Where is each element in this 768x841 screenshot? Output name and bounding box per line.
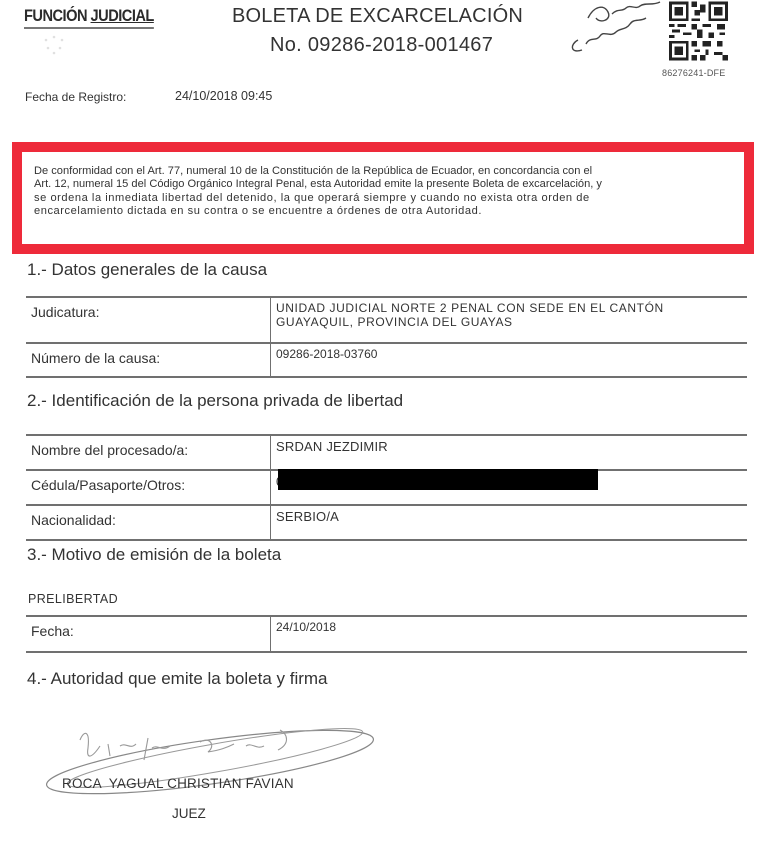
- judge-signature: [40, 700, 380, 810]
- section-3-title: 3.- Motivo de emisión de la boleta: [27, 545, 281, 565]
- emblem-icon: [40, 34, 68, 56]
- legal-line: encarcelamiento dictada en su contra o s…: [34, 205, 744, 218]
- judge-name: ROCA YAGUAL CHRISTIAN FAVIAN: [62, 776, 294, 791]
- nationality-label: Nacionalidad:: [26, 505, 271, 540]
- section-2-title: 2.- Identificación de la persona privada…: [27, 391, 403, 411]
- section-1-title: 1.- Datos generales de la causa: [27, 260, 267, 280]
- logo-text-part2: JUDICIAL: [91, 6, 154, 25]
- table-row: Judicatura: UNIDAD JUDICIAL NORTE 2 PENA…: [26, 297, 747, 343]
- judicatura-label: Judicatura:: [26, 297, 271, 343]
- handwritten-annotation: [560, 0, 680, 58]
- highlighted-legal-paragraph: De conformidad con el Art. 77, numeral 1…: [12, 142, 754, 254]
- section-4-title: 4.- Autoridad que emite la boleta y firm…: [27, 669, 328, 689]
- case-number-label: Número de la causa:: [26, 343, 271, 377]
- case-number-value: 09286-2018-03760: [271, 343, 748, 377]
- nationality-value: SERBIO/A: [271, 505, 748, 540]
- judge-role: JUEZ: [172, 806, 206, 821]
- release-date-table: Fecha: 24/10/2018: [26, 615, 747, 653]
- id-document-label: Cédula/Pasaporte/Otros:: [26, 470, 271, 505]
- judicatura-value-line2: GUAYAQUIL, PROVINCIA DEL GUAYAS: [276, 315, 747, 329]
- date-label: Fecha:: [26, 616, 271, 652]
- date-value: 24/10/2018: [271, 616, 748, 652]
- table-row: Nombre del procesado/a: SRDAN JEZDIMIR: [26, 435, 747, 470]
- table-row: Nacionalidad: SERBIO/A: [26, 505, 747, 540]
- qr-code-icon: [669, 1, 728, 61]
- registration-date-value: 24/10/2018 09:45: [175, 89, 272, 103]
- document-number: No. 09286-2018-001467: [270, 34, 493, 57]
- registration-date-label: Fecha de Registro:: [25, 90, 126, 104]
- legal-line: Art. 12, numeral 15 del Código Orgánico …: [34, 178, 744, 191]
- document-title: BOLETA DE EXCARCELACIÓN: [232, 5, 523, 28]
- legal-line: De conformidad con el Art. 77, numeral 1…: [34, 165, 744, 178]
- legal-paragraph: De conformidad con el Art. 77, numeral 1…: [22, 152, 744, 219]
- table-row: Número de la causa: 09286-2018-03760: [26, 343, 747, 377]
- legal-line: se ordena la inmediata libertad del dete…: [34, 192, 744, 205]
- release-reason: PRELIBERTAD: [28, 592, 118, 606]
- judicatura-value: UNIDAD JUDICIAL NORTE 2 PENAL CON SEDE E…: [271, 297, 748, 343]
- redaction-bar: [278, 469, 598, 490]
- name-label: Nombre del procesado/a:: [26, 435, 271, 470]
- function-judicial-logo: FUNCIÓN JUDICIAL: [24, 6, 154, 29]
- table-row: Fecha: 24/10/2018: [26, 616, 747, 652]
- case-data-table: Judicatura: UNIDAD JUDICIAL NORTE 2 PENA…: [26, 296, 747, 378]
- judicatura-value-line1: UNIDAD JUDICIAL NORTE 2 PENAL CON SEDE E…: [276, 301, 747, 315]
- qr-code-text: 86276241-DFE: [662, 68, 725, 78]
- name-value: SRDAN JEZDIMIR: [271, 435, 748, 470]
- logo-text-part1: FUNCIÓN: [24, 6, 87, 25]
